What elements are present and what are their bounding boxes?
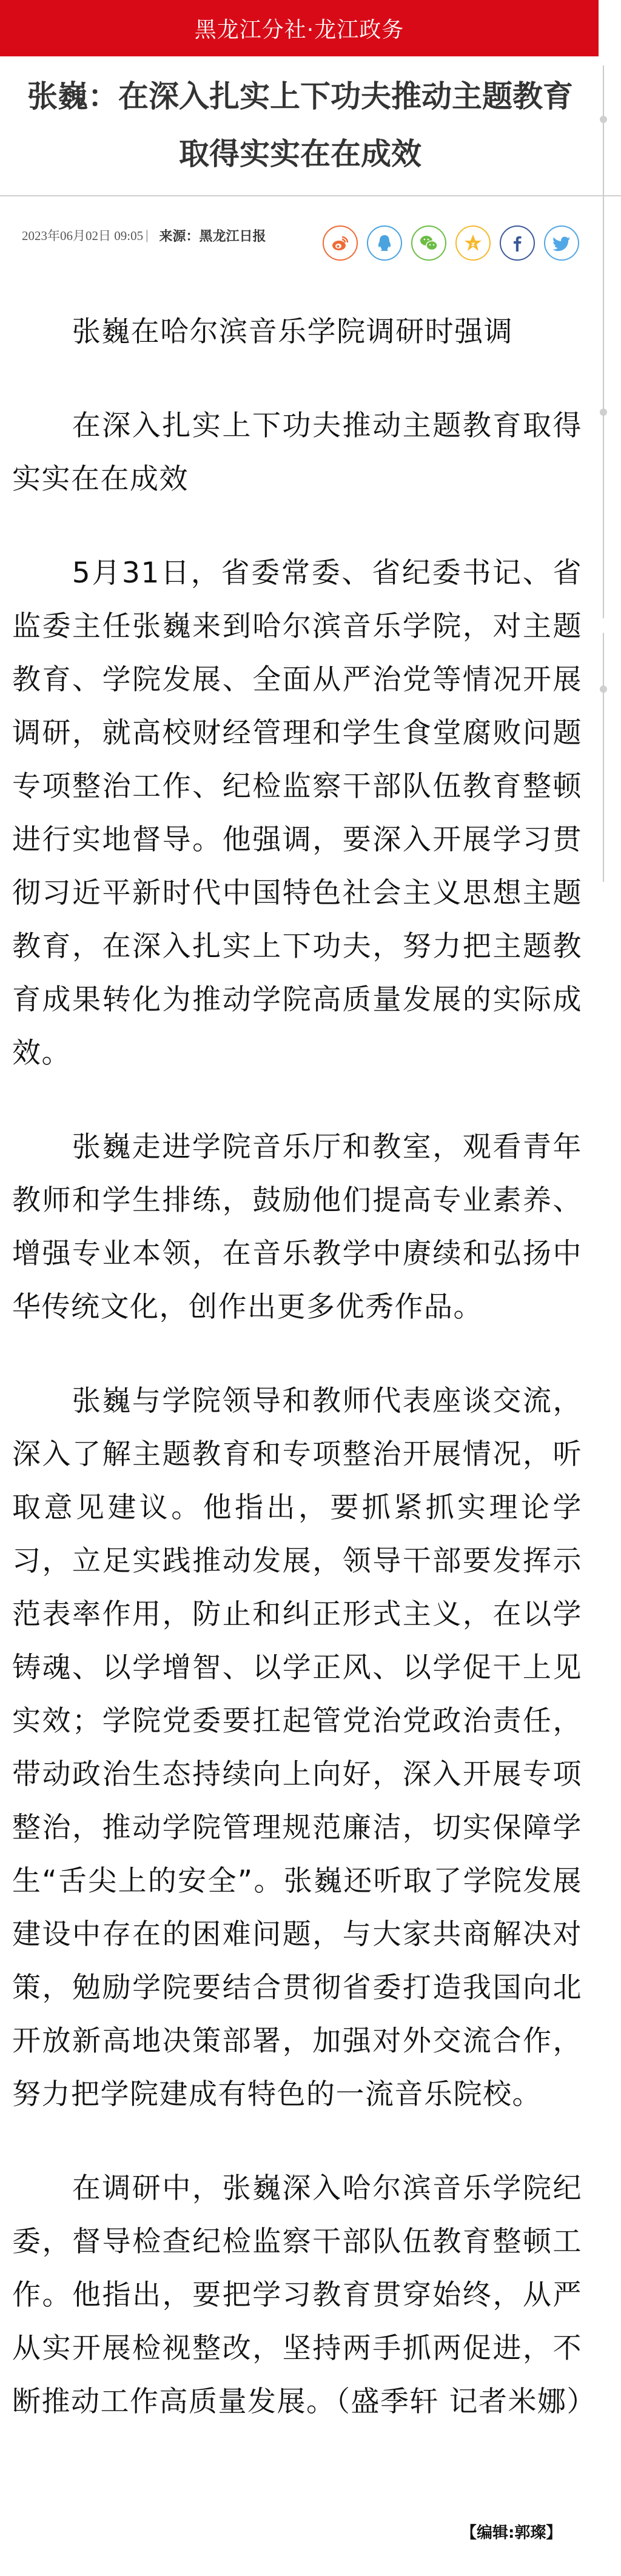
- scroll-rail-gap: [602, 618, 605, 633]
- share-bar: z: [323, 225, 579, 261]
- qzone-icon: z: [463, 233, 483, 253]
- editor-credit: 【编辑:郭璨】: [461, 2520, 562, 2543]
- article-paragraph: 5月31日，省委常委、省纪委书记、省监委主任张巍来到哈尔滨音乐学院，对主题教育、…: [12, 547, 582, 1080]
- article-paragraph: 张巍走进学院音乐厅和教室，观看青年教师和学生排练，鼓励他们提高专业素养、增强专业…: [12, 1121, 582, 1334]
- facebook-icon: [507, 233, 528, 253]
- scroll-rail-dot[interactable]: [600, 116, 607, 123]
- article-paragraph: 张巍与学院领导和教师代表座谈交流，深入了解主题教育和专项整治开展情况，听取意见建…: [12, 1375, 582, 2121]
- qq-icon: [374, 233, 395, 253]
- meta-separator: |: [146, 227, 148, 243]
- title-divider: [0, 195, 621, 196]
- share-twitter-button[interactable]: [544, 225, 579, 261]
- publish-date: 2023年06月02日 09:05: [22, 226, 143, 244]
- scroll-rail-dot[interactable]: [600, 686, 607, 693]
- share-weibo-button[interactable]: [323, 225, 358, 261]
- share-qq-button[interactable]: [367, 225, 402, 261]
- site-title: 黑龙江分社·龙江政务: [195, 13, 404, 44]
- svg-text:z: z: [471, 241, 475, 248]
- share-wechat-button[interactable]: [411, 225, 446, 261]
- weibo-icon: [330, 233, 351, 253]
- share-qzone-button[interactable]: z: [455, 225, 491, 261]
- share-facebook-button[interactable]: [500, 225, 535, 261]
- twitter-icon: [551, 233, 572, 253]
- scroll-rail[interactable]: [603, 65, 604, 882]
- article-source: 来源：黑龙江日报: [159, 226, 266, 245]
- wechat-icon: [418, 233, 439, 253]
- article-body: 张巍在哈尔滨音乐学院调研时强调 在深入扎实上下功夫推动主题教育取得实实在在成效 …: [12, 305, 582, 2469]
- article-paragraph: 张巍在哈尔滨音乐学院调研时强调: [12, 305, 582, 359]
- article-title: 张巍：在深入扎实上下功夫推动主题教育取得实实在在成效: [18, 68, 582, 183]
- scroll-rail-dot[interactable]: [600, 409, 607, 416]
- article-meta: 2023年06月02日 09:05 | 来源：黑龙江日报: [22, 225, 266, 245]
- article-paragraph: 在调研中，张巍深入哈尔滨音乐学院纪委，督导检查纪检监察干部队伍教育整顿工作。他指…: [12, 2162, 582, 2429]
- article-paragraph: 在深入扎实上下功夫推动主题教育取得实实在在成效: [12, 399, 582, 506]
- site-header-bar: 黑龙江分社·龙江政务: [0, 0, 599, 56]
